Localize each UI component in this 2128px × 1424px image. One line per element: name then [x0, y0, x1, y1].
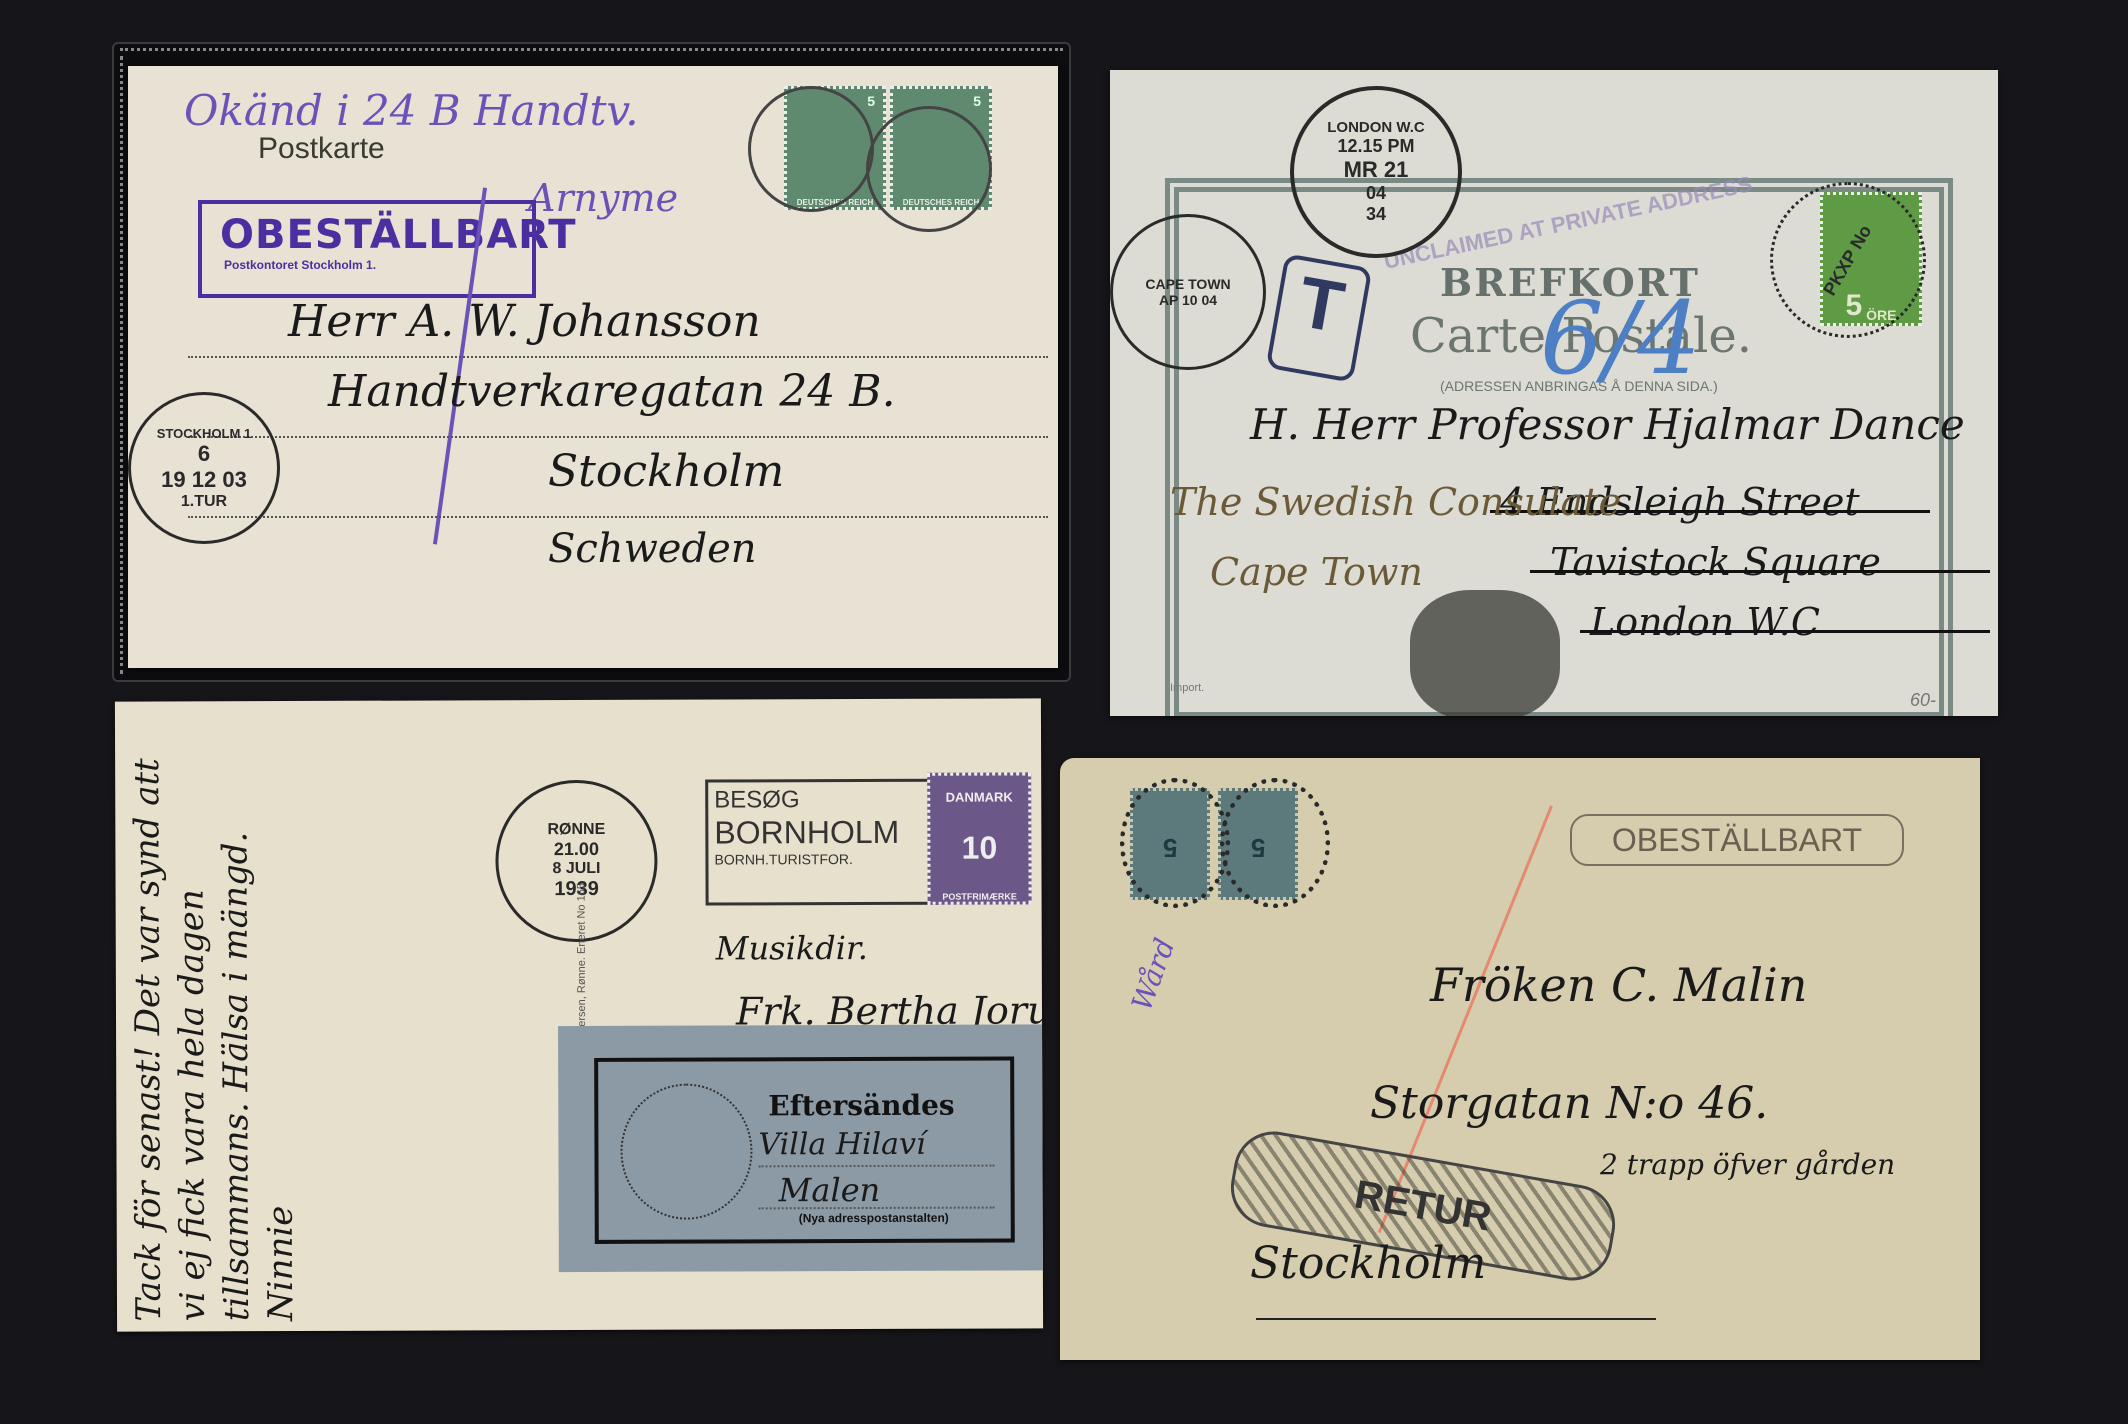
obestallbart-sub: Postkontoret Stockholm 1.: [202, 258, 532, 272]
label-footer: (Nya adresspostanstalten): [799, 1211, 949, 1226]
addressee-line-1: Musikdir.: [716, 929, 868, 968]
message-text: Tack för senast! Det var synd att vi ej …: [125, 720, 527, 1321]
address-line-1: Herr A. W. Johansson: [288, 296, 761, 347]
stockholm-postmark: STOCKHOLM 1 6 19 12 03 1.TUR: [128, 392, 280, 544]
address-line-4: Stockholm: [1250, 1238, 1486, 1289]
obliterator-smudge: [1410, 590, 1560, 716]
strikethrough: [1530, 570, 1990, 573]
postmark-2: [1220, 778, 1330, 908]
address-line-2: Handtverkaregatan 24 B.: [328, 366, 896, 417]
redirect-line-2: Cape Town: [1210, 550, 1423, 594]
stamp-danmark: DANMARK 10 POSTFRIMÆRKE: [927, 772, 1031, 904]
manuscript-side: Wård: [1125, 934, 1181, 1015]
address-line-1: H. Herr Professor Hjalmar Dance: [1250, 400, 1965, 449]
postmark-1: [1120, 778, 1230, 908]
obestallbart-stamp: OBESTÄLLBART: [1570, 814, 1904, 866]
printed-title: Postkarte: [258, 132, 385, 166]
address-line-2: Storgatan N:o 46.: [1370, 1078, 1768, 1129]
label-rule: [759, 1207, 995, 1210]
london-postmark: LONDON W.C 12.15 PM MR 21 04 34: [1290, 86, 1462, 258]
address-rule: [188, 436, 1048, 438]
publisher-imprint: Andersen, Rønne. Eneret No 165.: [576, 880, 589, 1046]
label-heading: Eftersändes: [768, 1089, 954, 1123]
postmark-circle-2: [866, 106, 992, 232]
underline: [1256, 1318, 1656, 1320]
strikethrough: [1580, 630, 1990, 633]
postmark-circle-1: [748, 86, 874, 212]
address-line-3: 2 trapp öfver gården: [1600, 1148, 1895, 1181]
address-line-3: Tavistock Square: [1550, 540, 1881, 584]
address-line-4: Schweden: [548, 526, 757, 572]
pencil-price: 60-: [1910, 690, 1936, 711]
address-line-1: Fröken C. Malin: [1430, 958, 1807, 1012]
imprint: Import.: [1170, 682, 1204, 694]
cape-town-postmark: CAPE TOWN AP 10 04: [1110, 214, 1266, 370]
label-line-2: Malen: [779, 1171, 881, 1209]
redirect-line-1: The Swedish Consulate: [1170, 480, 1621, 524]
blue-crayon-mark: 6/4: [1540, 280, 1701, 397]
label-seal-circle: [620, 1083, 752, 1219]
address-rule: [188, 356, 1048, 358]
manuscript-top: Okänd i 24 B Handtv.: [184, 86, 639, 135]
obestallbart-stamp: OBESTÄLLBART Postkontoret Stockholm 1.: [198, 200, 536, 298]
slogan-cancel: BESØG BORNHOLM BORNH.TURISTFOR.: [705, 779, 941, 906]
danish-card: Tack för senast! Det var synd att vi ej …: [115, 698, 1043, 1331]
address-line-3: Stockholm: [548, 446, 784, 497]
label-rule: [759, 1165, 995, 1168]
brefkort-card: BREFKORT Carte Postale. (ADRESSEN ANBRIN…: [1110, 70, 1998, 716]
label-line-1: Villa Hilaví: [758, 1127, 925, 1163]
cover-envelope: 5 5 OBESTÄLLBART Wård Fröken C. Malin St…: [1060, 758, 1980, 1360]
forwarding-label: Eftersändes Villa Hilaví Malen (Nya adre…: [558, 1024, 1043, 1272]
address-line-4: London W.C: [1590, 600, 1820, 644]
postkarte-card: Okänd i 24 B Handtv. Postkarte Arnyme OB…: [128, 66, 1058, 668]
swedish-postmark: PKXP No: [1770, 182, 1926, 338]
address-rule: [188, 516, 1048, 518]
